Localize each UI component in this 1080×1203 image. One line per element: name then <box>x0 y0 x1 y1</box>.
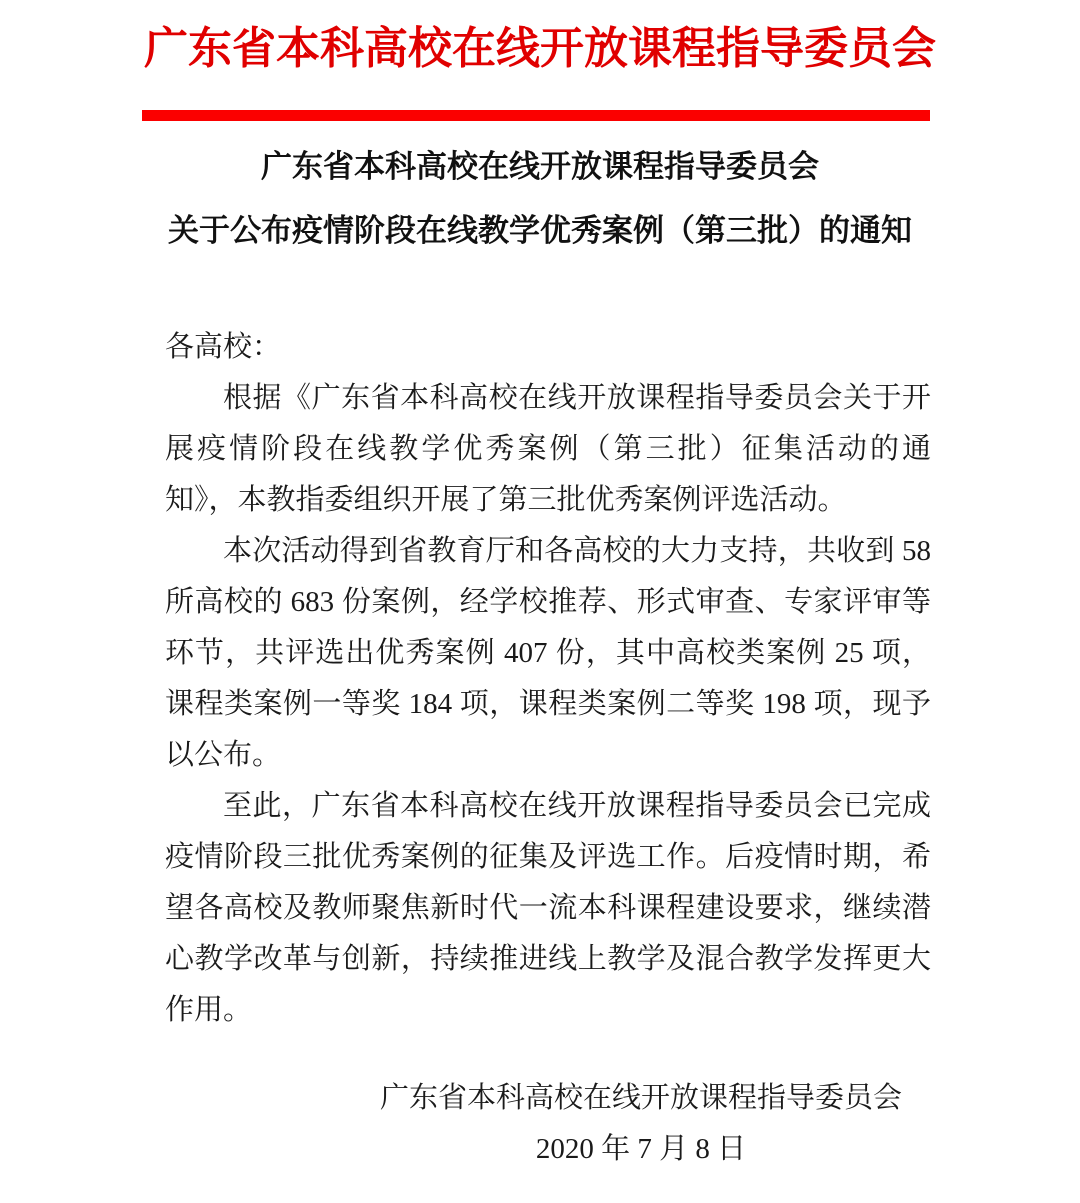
signature-date: 2020 年 7 月 8 日 <box>380 1124 902 1175</box>
document-title-line-1: 广东省本科高校在线开放课程指导委员会 <box>0 148 1080 186</box>
notice-document-page: 广东省本科高校在线开放课程指导委员会 广东省本科高校在线开放课程指导委员会 关于… <box>0 0 1080 1203</box>
letterhead-divider-bar <box>142 110 930 121</box>
letterhead-org-title: 广东省本科高校在线开放课程指导委员会 <box>0 20 1080 78</box>
document-title-line-2: 关于公布疫情阶段在线教学优秀案例（第三批）的通知 <box>0 212 1080 250</box>
signature-block: 广东省本科高校在线开放课程指导委员会 2020 年 7 月 8 日 <box>380 1073 902 1175</box>
paragraph-1: 根据《广东省本科高校在线开放课程指导委员会关于开展疫情阶段在线教学优秀案例（第三… <box>165 373 931 526</box>
salutation: 各高校： <box>165 322 931 373</box>
paragraph-3: 至此，广东省本科高校在线开放课程指导委员会已完成疫情阶段三批优秀案例的征集及评选… <box>165 781 931 1036</box>
signature-org-name: 广东省本科高校在线开放课程指导委员会 <box>380 1073 902 1124</box>
paragraph-2: 本次活动得到省教育厅和各高校的大力支持，共收到 58 所高校的 683 份案例，… <box>165 526 931 781</box>
document-body: 各高校： 根据《广东省本科高校在线开放课程指导委员会关于开展疫情阶段在线教学优秀… <box>165 322 931 1036</box>
